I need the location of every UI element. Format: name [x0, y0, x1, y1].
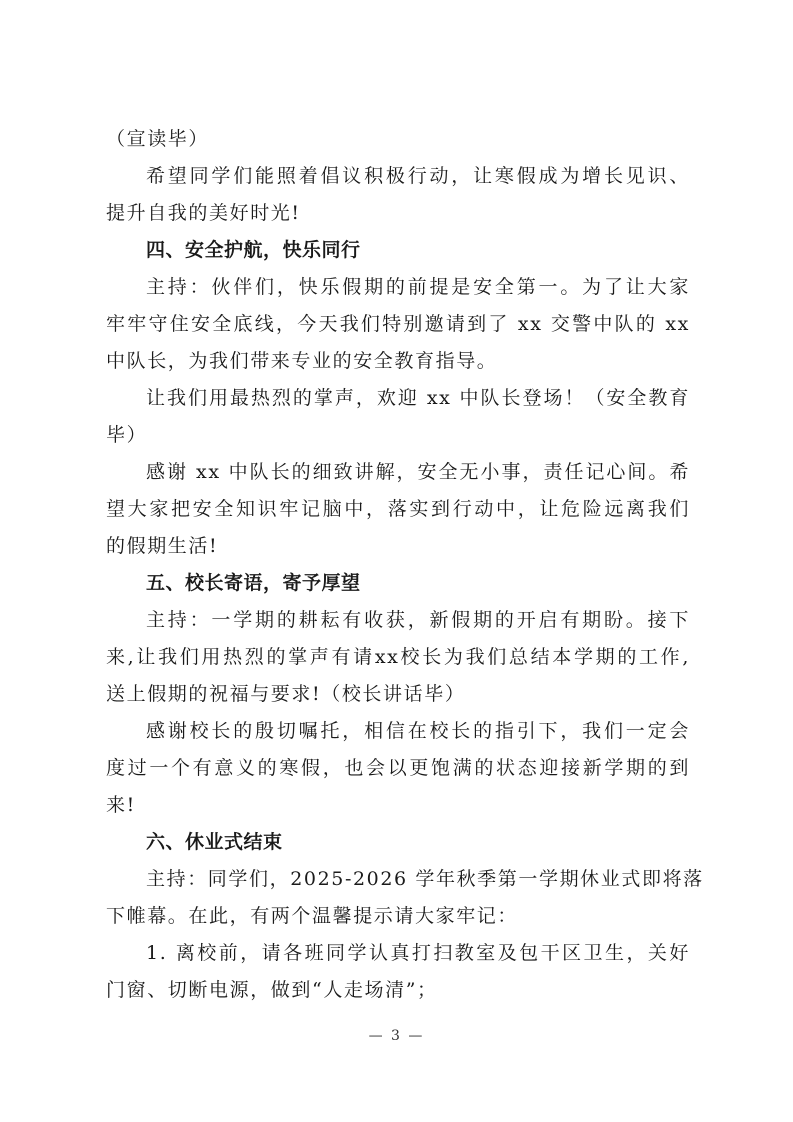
- text-line: 中队长，为我们带来专业的安全教育指导。: [106, 343, 690, 380]
- text-line: 来,让我们用热烈的掌声有请xx校长为我们总结本学期的工作,: [106, 639, 690, 676]
- text-line: 主持：同学们，2025-2026 学年秋季第一学期休业式即将落: [106, 861, 690, 898]
- section-heading-5: 五、校长寄语，寄予厚望: [106, 565, 690, 602]
- text-line: 提升自我的美好时光!: [106, 195, 690, 232]
- text-line: 主持：伙伴们，快乐假期的前提是安全第一。为了让大家: [106, 269, 690, 306]
- text-line: 主持：一学期的耕耘有收获，新假期的开启有期盼。接下: [106, 602, 690, 639]
- text-line: 望大家把安全知识牢记脑中，落实到行动中，让危险远离我们: [106, 491, 690, 528]
- text-line: （宣读毕）: [106, 121, 690, 158]
- text-line: 门窗、切断电源，做到“人走场清”；: [106, 972, 690, 1009]
- text-line: 下帷幕。在此，有两个温馨提示请大家牢记：: [106, 898, 690, 935]
- text-line: 来!: [106, 787, 690, 824]
- text-line: 毕）: [106, 417, 690, 454]
- text-line: 送上假期的祝福与要求!（校长讲话毕）: [106, 676, 690, 713]
- text-line: 1. 离校前，请各班同学认真打扫教室及包干区卫生，关好: [106, 935, 690, 972]
- section-heading-4: 四、安全护航，快乐同行: [106, 232, 690, 269]
- section-heading-6: 六、休业式结束: [106, 824, 690, 861]
- text-line: 感谢 xx 中队长的细致讲解，安全无小事，责任记心间。希: [106, 454, 690, 491]
- document-page: （宣读毕） 希望同学们能照着倡议积极行动，让寒假成为增长见识、 提升自我的美好时…: [0, 0, 793, 1122]
- page-number: — 3 —: [0, 1028, 793, 1044]
- text-line: 牢牢守住安全底线，今天我们特别邀请到了 xx 交警中队的 xx: [106, 306, 690, 343]
- text-line: 希望同学们能照着倡议积极行动，让寒假成为增长见识、: [106, 158, 690, 195]
- document-body: （宣读毕） 希望同学们能照着倡议积极行动，让寒假成为增长见识、 提升自我的美好时…: [106, 121, 690, 1009]
- text-line: 感谢校长的殷切嘱托，相信在校长的指引下，我们一定会: [106, 713, 690, 750]
- text-line: 让我们用最热烈的掌声，欢迎 xx 中队长登场！（安全教育: [106, 380, 690, 417]
- text-line: 度过一个有意义的寒假，也会以更饱满的状态迎接新学期的到: [106, 750, 690, 787]
- text-line: 的假期生活!: [106, 528, 690, 565]
